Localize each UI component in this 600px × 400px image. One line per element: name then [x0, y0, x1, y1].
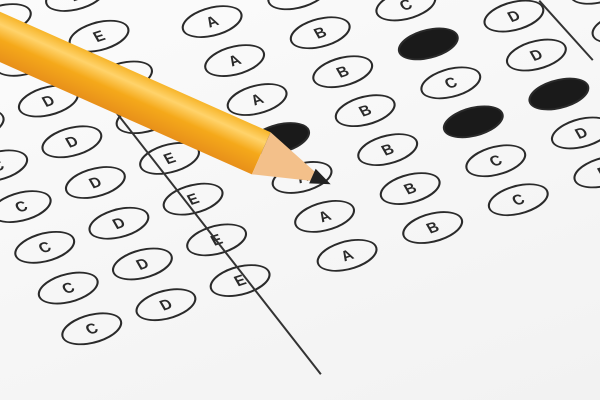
- bubble-b: B: [396, 205, 470, 251]
- bubble-c: C: [481, 177, 555, 223]
- bubble-c: C: [31, 265, 105, 311]
- bubble-c: C: [436, 99, 510, 145]
- bubble-d: D: [35, 119, 109, 165]
- bubble-c: C: [8, 224, 82, 270]
- bubble-c: C: [55, 306, 129, 352]
- bubble-b: B: [261, 0, 335, 17]
- bubble-d: D: [58, 160, 132, 206]
- bubble-c: C: [369, 0, 443, 28]
- bubble-e: E: [203, 258, 277, 304]
- bubble-d: D: [499, 32, 573, 78]
- bubble-a: A: [175, 0, 249, 44]
- bubble-d: D: [477, 0, 551, 39]
- bubble-a: A: [310, 232, 384, 278]
- bubble-c: C: [391, 21, 465, 67]
- bubble-d: D: [567, 149, 600, 195]
- bubble-a: A: [197, 38, 271, 84]
- bubble-c: C: [0, 184, 58, 230]
- bubble-c: C: [0, 143, 35, 189]
- bubble-e: E: [585, 4, 600, 50]
- bubble-e: E: [38, 0, 112, 18]
- bubble-c: C: [0, 102, 11, 148]
- bubble-b: B: [328, 88, 402, 134]
- bubble-c: C: [459, 138, 533, 184]
- bubble-b: B: [306, 49, 380, 95]
- bubble-d: D: [544, 110, 600, 156]
- bubble-d: D: [82, 200, 156, 246]
- bubble-e: E: [562, 0, 600, 11]
- bubble-c: C: [414, 60, 488, 106]
- bubble-d: D: [129, 282, 203, 328]
- bubble-b: B: [351, 127, 425, 173]
- bubble-b: B: [373, 166, 447, 212]
- bubble-d: D: [105, 241, 179, 287]
- bubble-b: B: [283, 10, 357, 56]
- bubble-d: D: [522, 71, 596, 117]
- bubble-e: E: [156, 176, 230, 222]
